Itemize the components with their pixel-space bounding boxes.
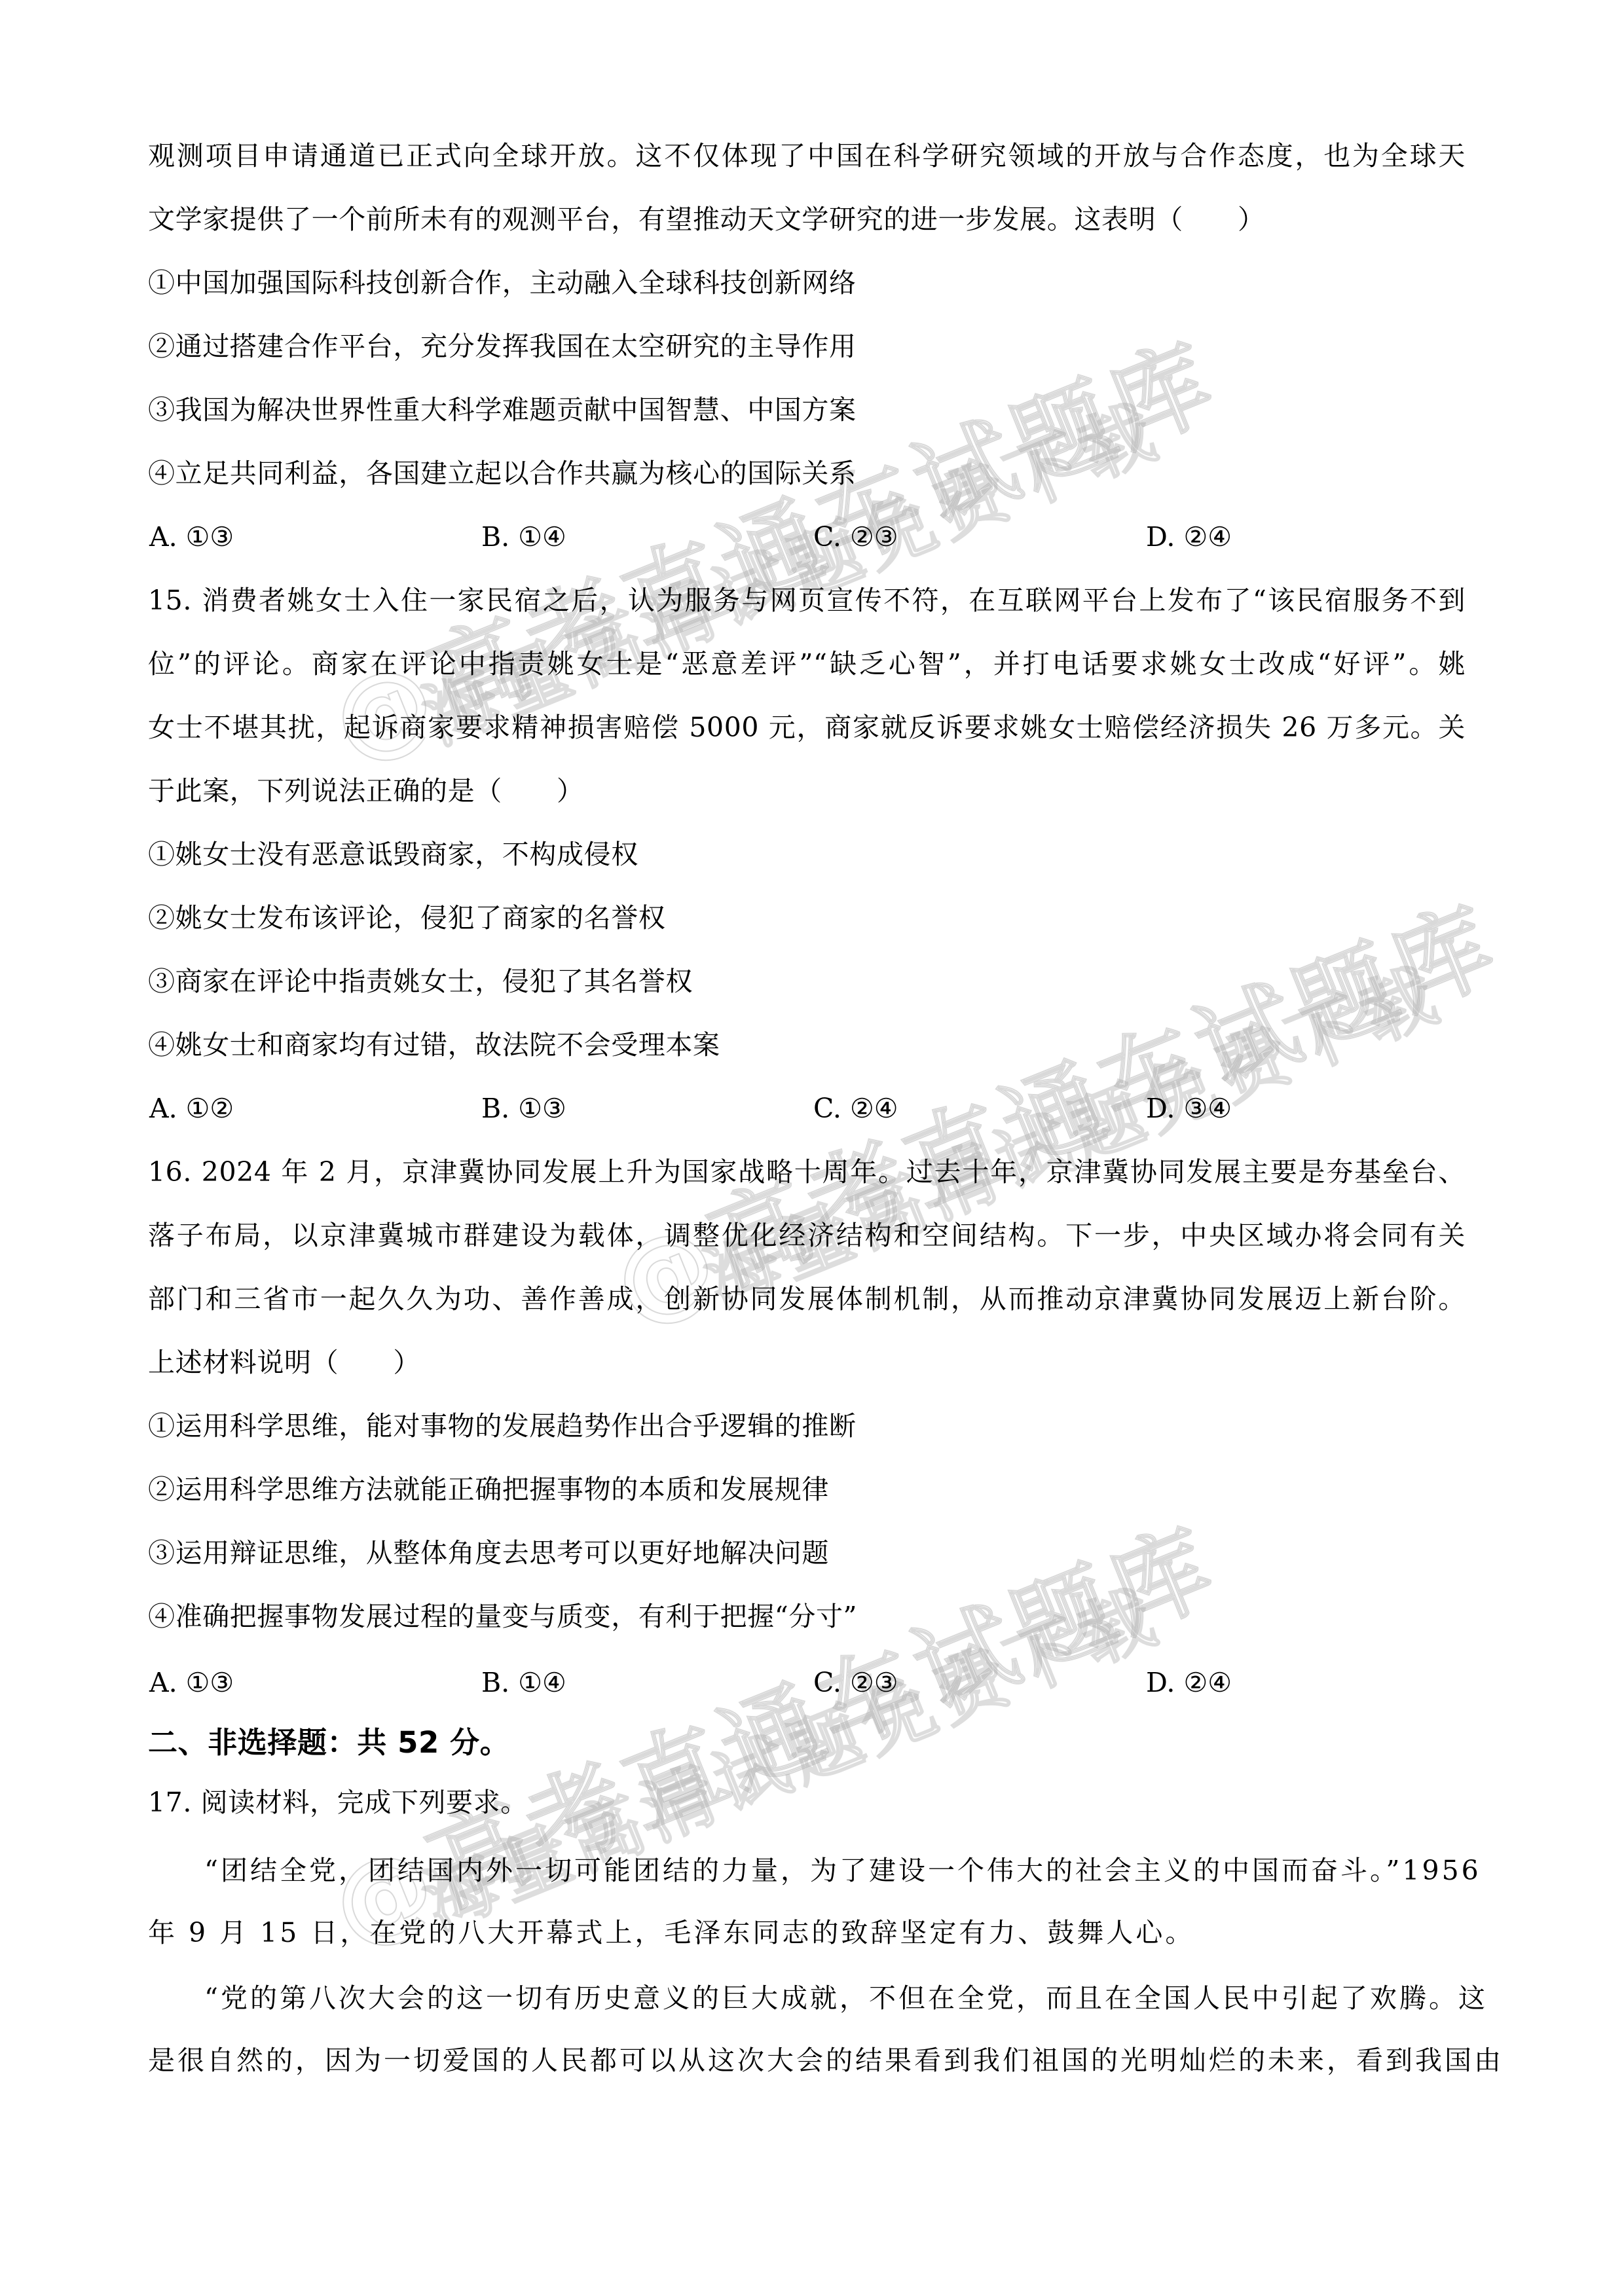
q15-stem-line: 女士不堪其扰，起诉商家要求精神损害赔偿 5000 元，商家就反诉要求姚女士赔偿经… <box>148 708 1466 747</box>
watermark-subtext: 海量高清试题免费下载 <box>406 373 1173 763</box>
q14-option-a[interactable]: A. ①③ <box>149 517 234 556</box>
q14-option-c[interactable]: C. ②③ <box>813 517 898 556</box>
q16-statement-1: ①运用科学思维，能对事物的发展趋势作出合乎逻辑的推断 <box>148 1406 1466 1446</box>
q17-paragraph-2-line: “党的第八次大会的这一切有历史意义的巨大成就，不但在全党，而且在全国人民中引起了… <box>204 1978 1466 2018</box>
q14-options: A. ①③ B. ①④ C. ②③ D. ②④ <box>148 517 1466 556</box>
q16-statement-3: ③运用辩证思维，从整体角度去思考可以更好地解决问题 <box>148 1533 1466 1573</box>
q15-stem-line: 于此案，下列说法正确的是（ ） <box>148 771 1466 811</box>
q16-statement-4: ④准确把握事物发展过程的量变与质变，有利于把握“分寸” <box>148 1597 1466 1636</box>
q16-option-c[interactable]: C. ②③ <box>813 1663 898 1702</box>
q17-paragraph-2-line: 是很自然的，因为一切爱国的人民都可以从这次大会的结果看到我们祖国的光明灿烂的未来… <box>148 2041 1466 2080</box>
q15-stem-line: 15. 消费者姚女士入住一家民宿之后，认为服务与网页宣传不符，在互联网平台上发布… <box>148 581 1466 620</box>
q16-statement-2: ②运用科学思维方法就能正确把握事物的本质和发展规律 <box>148 1470 1466 1509</box>
q17-stem: 17. 阅读材料，完成下列要求。 <box>148 1783 1466 1822</box>
q15-option-c[interactable]: C. ②④ <box>813 1089 898 1128</box>
q14-statement-4: ④立足共同利益，各国建立起以合作共赢为核心的国际关系 <box>148 454 1466 493</box>
q16-option-d[interactable]: D. ②④ <box>1146 1663 1232 1702</box>
q16-stem-line: 上述材料说明（ ） <box>148 1343 1466 1382</box>
q16-stem-line: 16. 2024 年 2 月，京津冀协同发展上升为国家战略十周年。过去十年，京津… <box>148 1152 1466 1192</box>
exam-page: @高考直通车试题库 海量高清试题免费下载 @高考直通车试题库 海量高清试题免费下… <box>0 0 1624 2296</box>
section-heading: 二、非选择题：共 52 分。 <box>148 1723 1466 1762</box>
q16-options: A. ①③ B. ①④ C. ②③ D. ②④ <box>148 1663 1466 1702</box>
q17-paragraph-1-line: 年 9 月 15 日，在党的八大开幕式上，毛泽东同志的致辞坚定有力、鼓舞人心。 <box>148 1913 1466 1952</box>
q14-statement-2: ②通过搭建合作平台，充分发挥我国在太空研究的主导作用 <box>148 327 1466 366</box>
q15-statement-2: ②姚女士发布该评论，侵犯了商家的名誉权 <box>148 898 1466 938</box>
q14-option-d[interactable]: D. ②④ <box>1146 517 1232 556</box>
q17-paragraph-1-line: “团结全党，团结国内外一切可能团结的力量，为了建设一个伟大的社会主义的中国而奋斗… <box>204 1851 1466 1890</box>
q14-statement-3: ③我国为解决世界性重大科学难题贡献中国智慧、中国方案 <box>148 390 1466 429</box>
q16-stem-line: 落子布局，以京津冀城市群建设为载体，调整优化经济结构和空间结构。下一步，中央区域… <box>148 1216 1466 1255</box>
q15-option-b[interactable]: B. ①③ <box>481 1089 566 1128</box>
q15-statement-1: ①姚女士没有恶意诋毁商家，不构成侵权 <box>148 835 1466 874</box>
q14-statement-1: ①中国加强国际科技创新合作，主动融入全球科技创新网络 <box>148 263 1466 302</box>
q15-statement-3: ③商家在评论中指责姚女士，侵犯了其名誉权 <box>148 962 1466 1001</box>
q16-stem-line: 部门和三省市一起久久为功、善作善成，创新协同发展体制机制，从而推动京津冀协同发展… <box>148 1279 1466 1319</box>
q15-stem-line: 位”的评论。商家在评论中指责姚女士是“恶意差评”“缺乏心智”，并打电话要求姚女士… <box>148 644 1466 683</box>
q15-option-a[interactable]: A. ①② <box>149 1089 234 1128</box>
q15-option-d[interactable]: D. ③④ <box>1146 1089 1232 1128</box>
q14-option-b[interactable]: B. ①④ <box>481 517 566 556</box>
q15-statement-4: ④姚女士和商家均有过错，故法院不会受理本案 <box>148 1025 1466 1065</box>
q16-option-a[interactable]: A. ①③ <box>149 1663 234 1702</box>
q14-stem-line: 观测项目申请通道已正式向全球开放。这不仅体现了中国在科学研究领域的开放与合作态度… <box>148 136 1466 175</box>
q16-option-b[interactable]: B. ①④ <box>481 1663 566 1702</box>
q14-stem-line: 文学家提供了一个前所未有的观测平台，有望推动天文学研究的进一步发展。这表明（ ） <box>148 200 1466 239</box>
q15-options: A. ①② B. ①③ C. ②④ D. ③④ <box>148 1089 1466 1128</box>
